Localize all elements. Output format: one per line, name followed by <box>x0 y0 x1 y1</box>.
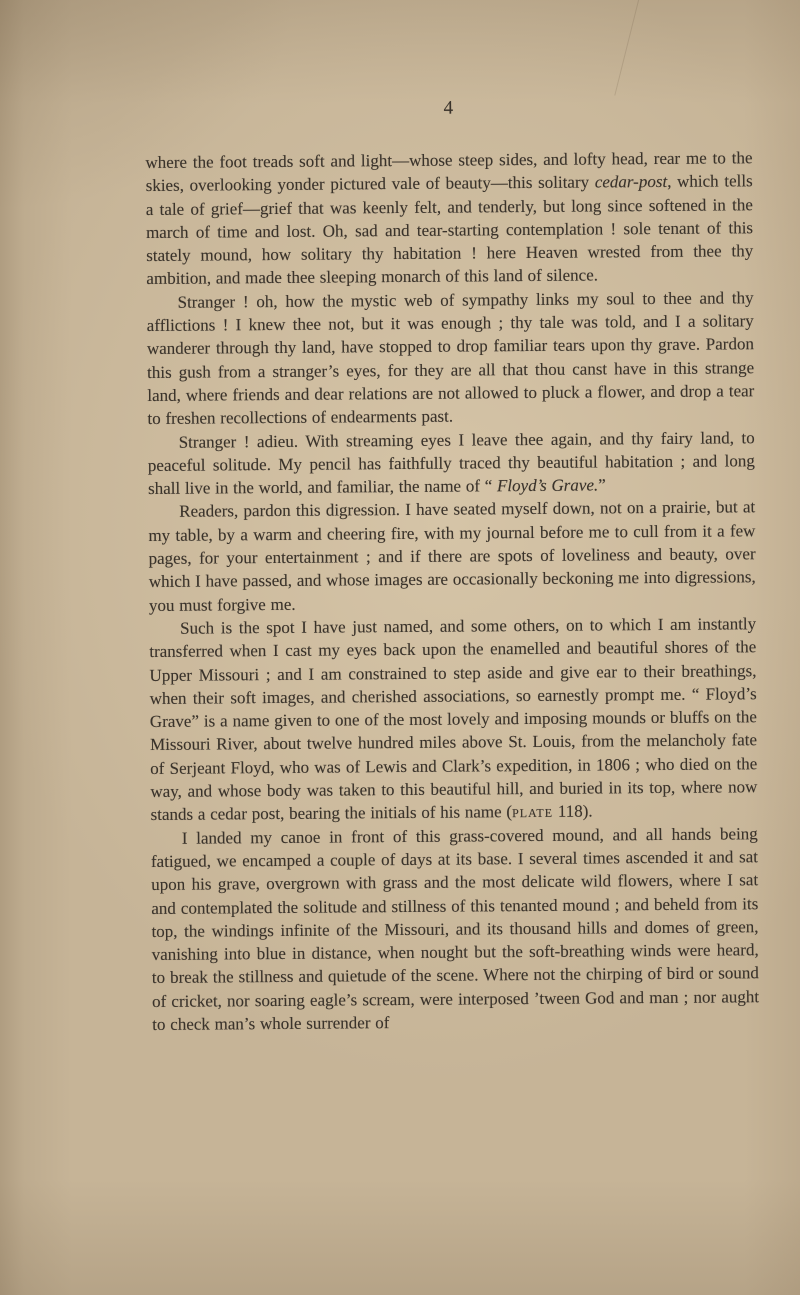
paragraph-text: Such is the spot I have just named, and … <box>149 614 757 824</box>
paragraph-text: Stranger ! oh, how the mystic web of sym… <box>147 288 755 428</box>
paragraph-2: Stranger ! oh, how the mystic web of sym… <box>146 286 754 431</box>
paragraph-text: 118). <box>553 802 593 821</box>
paragraph-4: Readers, pardon this digression. I have … <box>148 496 756 617</box>
paragraph-text: I landed my canoe in front of this grass… <box>151 824 759 1034</box>
paragraph-5: Such is the spot I have just named, and … <box>149 612 758 826</box>
italic-term-cedar-post: cedar-post <box>595 172 668 192</box>
paragraph-1: where the foot treads soft and light—who… <box>145 146 753 291</box>
book-page-scan: 4 where the foot treads soft and light—w… <box>0 0 800 1295</box>
page-text-block: 4 where the foot treads soft and light—w… <box>145 96 759 1036</box>
italic-term-floyds-grave: Floyd’s Grave. <box>497 476 598 496</box>
paragraph-6: I landed my canoe in front of this grass… <box>151 822 760 1036</box>
paragraph-text: ” <box>598 476 606 495</box>
page-number: 4 <box>145 96 752 121</box>
paper-scratch <box>614 0 640 96</box>
paragraph-text: Stranger ! adieu. With streaming eyes I … <box>148 428 755 498</box>
smallcaps-plate-reference: plate <box>512 802 553 821</box>
paragraph-3: Stranger ! adieu. With streaming eyes I … <box>148 426 756 501</box>
paragraph-text: Readers, pardon this digression. I have … <box>148 498 755 615</box>
